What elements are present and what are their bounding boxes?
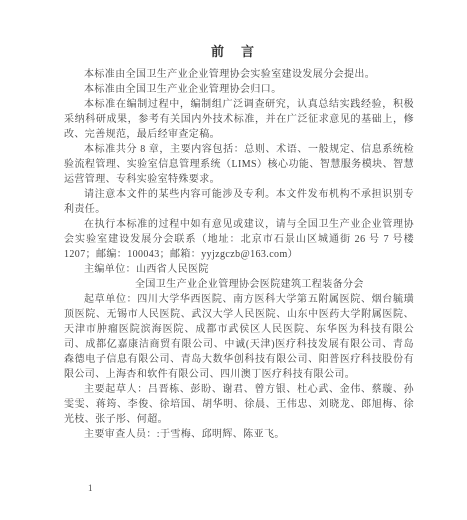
paragraph-drafting-process: 本标准在编制过程中，编制组广泛调查研究，认真总结实践经验，积极采纳科研成果，参考… bbox=[64, 97, 414, 142]
document-page: 前 言 本标准由全国卫生产业企业管理协会实验室建设发展分会提出。 本标准由全国卫… bbox=[0, 0, 467, 520]
chief-editor-block: 主编单位：山西省人民医院 全国卫生产业企业管理协会医院建筑工程装备分会 bbox=[64, 262, 414, 292]
main-reviewers: 主要审查人员：:于雪梅、邱明辉、陈亚飞。 bbox=[64, 427, 414, 442]
paragraph-patent-notice: 请注意本文件的某些内容可能涉及专利。本文件发布机构不承担识别专利责任。 bbox=[64, 187, 414, 217]
main-drafters: 主要起草人：吕晋栋、彭盼、谢君、曾方银、杜心武、金伟、蔡璇、孙雯雯、蒋筠、李俊、… bbox=[64, 382, 414, 427]
paragraph-standard-managed: 本标准由全国卫生产业企业管理协会归口。 bbox=[64, 82, 414, 97]
paragraph-chapters-overview: 本标准共分 8 章，主要内容包括：总则、术语、一般规定、信息系统检验流程管理、实… bbox=[64, 142, 414, 187]
chief-editor-line: 主编单位：山西省人民医院 bbox=[64, 262, 414, 277]
document-body: 本标准由全国卫生产业企业管理协会实验室建设发展分会提出。 本标准由全国卫生产业企… bbox=[64, 67, 414, 442]
paragraph-standard-proposed: 本标准由全国卫生产业企业管理协会实验室建设发展分会提出。 bbox=[64, 67, 414, 82]
paragraph-feedback-contact: 在执行本标准的过程中如有意见或建议，请与全国卫生产业企业管理协会实验室建设发展分… bbox=[64, 217, 414, 262]
page-title: 前 言 bbox=[0, 0, 467, 60]
chief-editor-continuation: 全国卫生产业企业管理协会医院建筑工程装备分会 bbox=[64, 277, 414, 292]
drafting-units: 起草单位：四川大学华西医院、南方医科大学第五附属医院、烟台毓璜顶医院、无锡市人民… bbox=[64, 292, 414, 382]
page-number: 1 bbox=[88, 483, 93, 493]
